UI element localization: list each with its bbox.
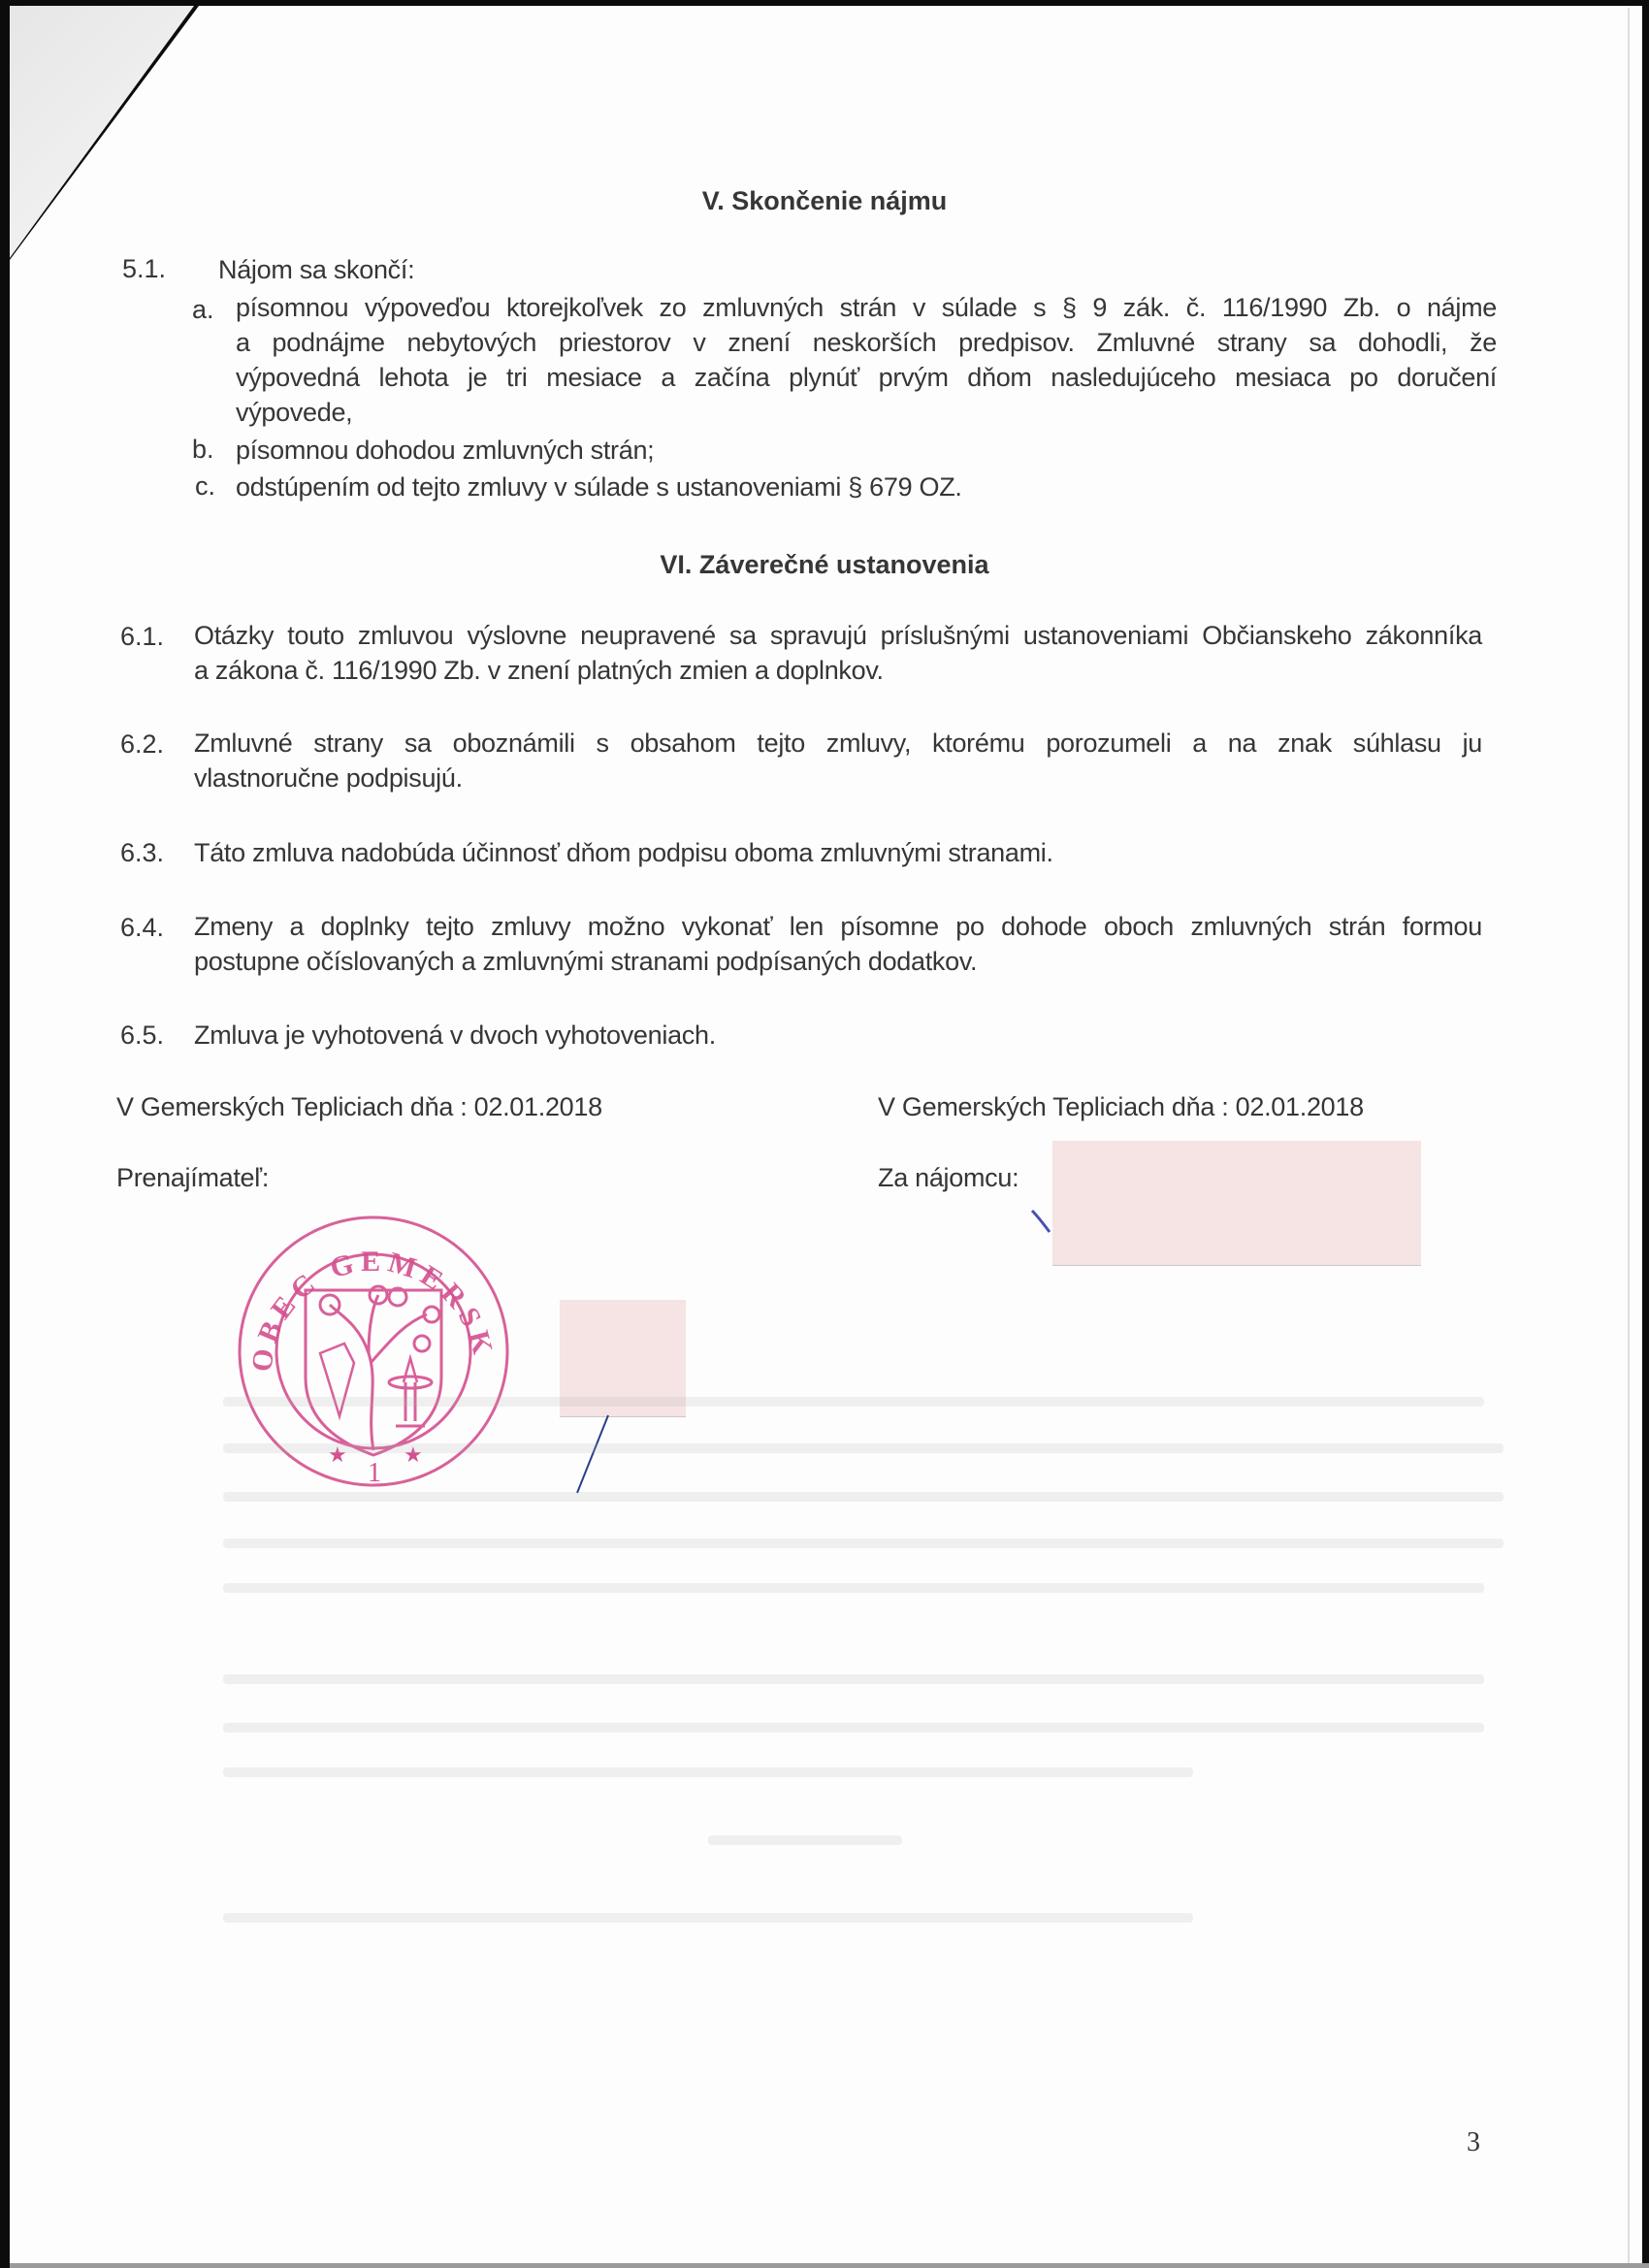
redacted-signature — [1052, 1141, 1421, 1265]
clause-6-5: Zmluva je vyhotovená v dvoch vyhotovenia… — [194, 1019, 716, 1053]
left-place-date: V Gemerských Tepliciach dňa : 02.01.2018 — [116, 1090, 602, 1124]
pen-stroke — [567, 1411, 616, 1499]
text-line: Zmluvné strany sa oboznámili s obsahom t… — [194, 726, 1482, 761]
scanner-border — [10, 2263, 1649, 2268]
lessee-label: Za nájomcu: — [878, 1161, 1018, 1195]
pen-mark — [1028, 1203, 1057, 1242]
list-item-a: písomnou výpoveďou ktorejkoľvek zo zmluv… — [236, 290, 1497, 430]
list-marker: c. — [195, 471, 215, 502]
show-through — [708, 1835, 902, 1845]
clause-number: 5.1. — [122, 254, 166, 284]
show-through — [223, 1397, 1484, 1407]
text-line: výpovede, — [236, 395, 1497, 430]
show-through — [223, 1674, 1484, 1684]
text-line: Otázky touto zmluvou výslovne neupravené… — [194, 618, 1482, 653]
text-line: a zákona č. 116/1990 Zb. v znení platnýc… — [194, 653, 1482, 688]
page-number: 3 — [1467, 2127, 1480, 2158]
lessor-label: Prenajímateľ: — [116, 1161, 269, 1195]
clause-number: 6.2. — [120, 729, 164, 760]
list-marker: a. — [192, 295, 214, 325]
clause-6-2: Zmluvné strany sa oboznámili s obsahom t… — [194, 726, 1482, 795]
show-through — [223, 1443, 1503, 1453]
page-edge — [1628, 8, 1630, 2268]
show-through — [223, 1539, 1503, 1548]
section-5-title: V. Skončenie nájmu — [0, 186, 1649, 216]
clause-6-1: Otázky touto zmluvou výslovne neupravené… — [194, 618, 1482, 688]
municipal-stamp: OBEC GEMERSKÉ TEPLICE ★ ★ 1 — [233, 1208, 514, 1499]
svg-text:1: 1 — [368, 1458, 381, 1488]
show-through — [223, 1492, 1503, 1502]
clause-6-4: Zmeny a doplnky tejto zmluvy možno vykon… — [194, 909, 1482, 979]
clause-6-3: Táto zmluva nadobúda účinnosť dňom podpi… — [194, 836, 1053, 870]
clause-number: 6.5. — [120, 1021, 164, 1051]
text-line: vlastnoručne podpisujú. — [194, 761, 1482, 795]
list-marker: b. — [192, 435, 214, 465]
clause-lead: Nájom sa skončí: — [218, 253, 414, 287]
text-line: a podnájme nebytových priestorov v znení… — [236, 325, 1497, 360]
clause-number: 6.3. — [120, 838, 164, 868]
clause-number: 6.1. — [120, 622, 164, 652]
show-through — [223, 1583, 1484, 1593]
list-item-c: odstúpením od tejto zmluvy v súlade s us… — [236, 470, 962, 504]
show-through — [223, 1767, 1193, 1777]
text-line: výpovedná lehota je tri mesiace a začína… — [236, 360, 1497, 395]
right-place-date: V Gemerských Tepliciach dňa : 02.01.2018 — [878, 1090, 1364, 1124]
text-line: písomnou výpoveďou ktorejkoľvek zo zmluv… — [236, 290, 1497, 325]
list-item-b: písomnou dohodou zmluvných strán; — [236, 434, 654, 468]
clause-number: 6.4. — [120, 913, 164, 943]
show-through — [223, 1723, 1484, 1733]
text-line: postupne očíslovaných a zmluvnými strana… — [194, 944, 1482, 979]
show-through — [223, 1913, 1193, 1923]
text-line: Zmeny a doplnky tejto zmluvy možno vykon… — [194, 909, 1482, 944]
section-6-title: VI. Záverečné ustanovenia — [0, 550, 1649, 580]
